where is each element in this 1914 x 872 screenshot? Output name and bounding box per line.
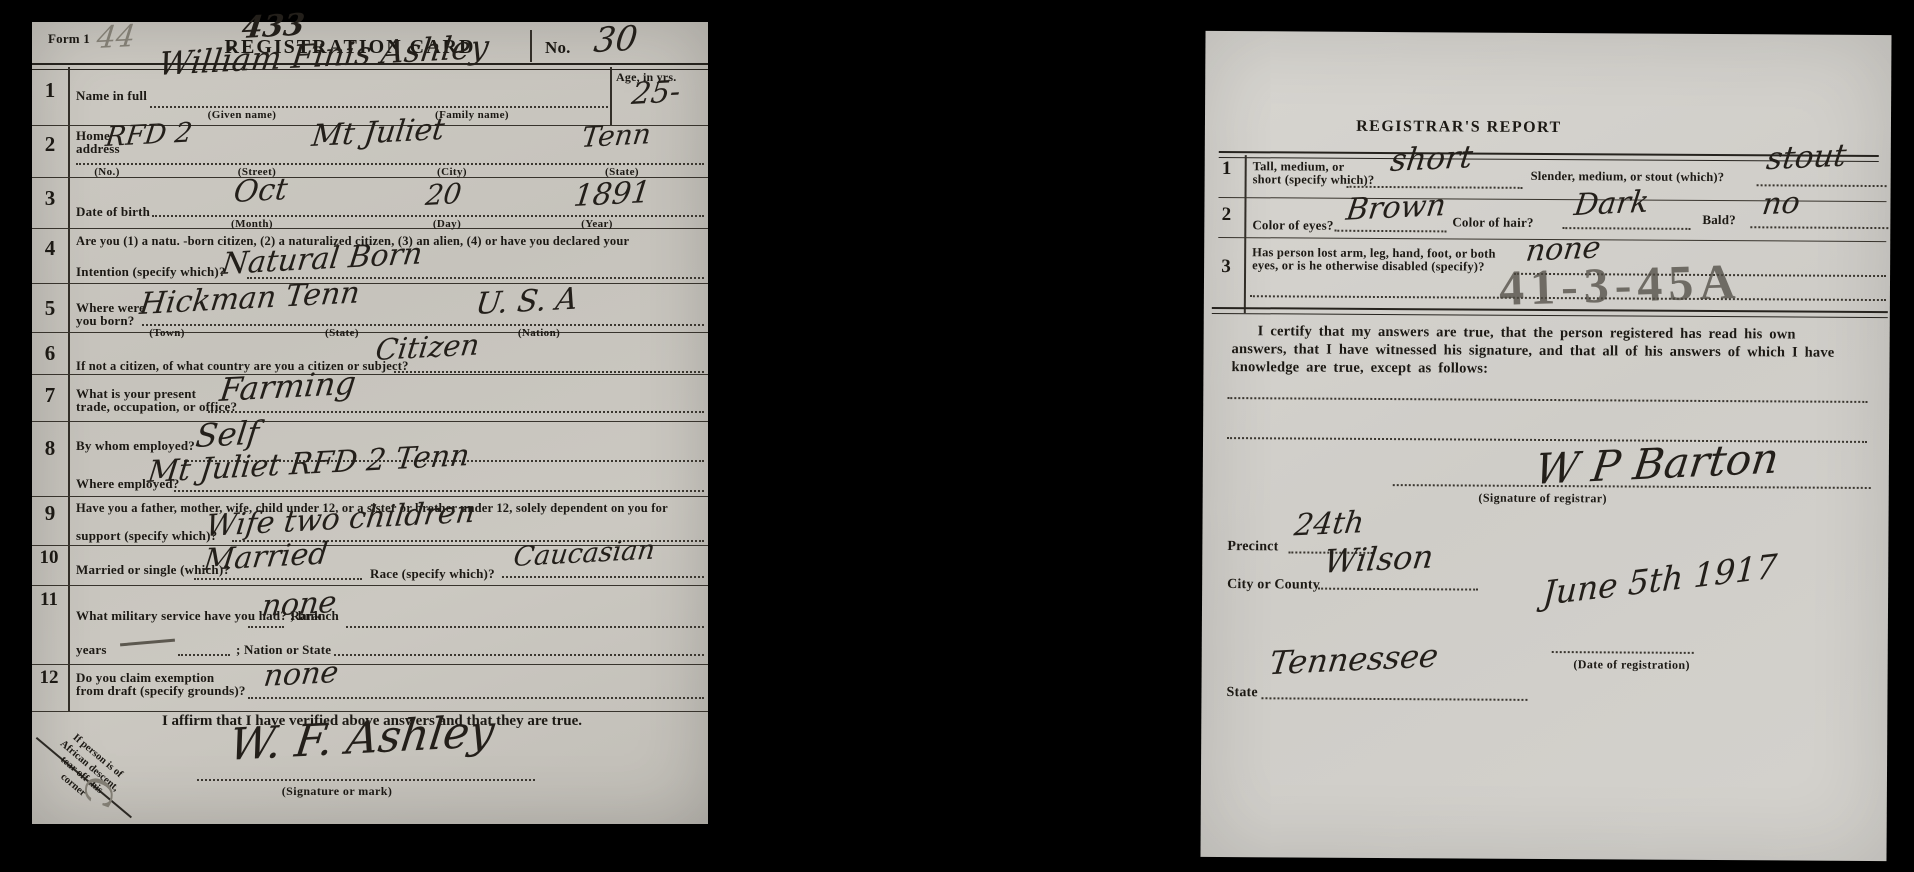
field3-number: 3 <box>34 188 66 209</box>
certify-line3: knowledge are true, except as follows: <box>1231 359 1488 378</box>
employer-label: By whom employed? <box>76 438 195 454</box>
handwritten-build: stout <box>1765 140 1848 175</box>
years-label: years <box>76 642 107 658</box>
field9-number: 9 <box>34 503 66 524</box>
row-divider <box>32 374 708 375</box>
header-divider-line <box>530 30 532 62</box>
report1-number: 1 <box>1213 159 1241 178</box>
handwritten-pencil-number: 44 <box>95 22 137 54</box>
scanned-document-viewer: Form 1 44 433 REGISTRATION CARD No. 30 1… <box>0 0 1914 872</box>
dotted-line <box>174 490 704 492</box>
handwritten-birthplace-town: Hickman Tenn <box>138 278 361 320</box>
dependents-question-line2: support (specify which)? <box>76 528 217 544</box>
handwritten-state: Tennessee <box>1268 639 1441 679</box>
town-sublabel: (Town) <box>132 327 202 339</box>
pencil-dash-mark <box>120 639 175 647</box>
dotted-line <box>248 626 284 628</box>
row-divider <box>32 496 708 497</box>
field11-number: 11 <box>32 590 66 609</box>
handwritten-address-city: Mt Juliet <box>310 115 446 152</box>
dotted-line <box>502 576 704 578</box>
field10-number: 10 <box>32 548 66 567</box>
day-sublabel: (Day) <box>412 218 482 230</box>
handwritten-employer: Self <box>194 416 261 452</box>
city-county-label: City or County <box>1227 577 1320 594</box>
given-name-sublabel: (Given name) <box>182 109 302 121</box>
handwritten-address-no: RFD 2 <box>104 119 194 151</box>
field8-number: 8 <box>34 438 66 459</box>
handwritten-birth-year: 1891 <box>572 178 652 212</box>
handwritten-race: Caucasian <box>512 536 656 571</box>
handwritten-precinct: 24th <box>1292 508 1365 541</box>
dotted-line <box>208 411 704 413</box>
birthplace-label-2: you born? <box>76 313 135 329</box>
precinct-label: Precinct <box>1227 539 1278 556</box>
dotted-line <box>194 578 362 580</box>
report2-number: 2 <box>1212 205 1240 224</box>
race-label: Race (specify which)? <box>370 566 495 582</box>
handwritten-married: Married <box>202 539 329 576</box>
handwritten-full-name: William Finis Ashley <box>157 30 491 80</box>
section-rule <box>1212 307 1888 318</box>
bald-label: Bald? <box>1702 212 1736 228</box>
hair-label: Color of hair? <box>1452 214 1533 230</box>
dotted-line <box>1552 651 1694 654</box>
handwritten-exemption: none <box>262 658 340 692</box>
age-box-divider <box>610 67 612 125</box>
field6-number: 6 <box>34 343 66 364</box>
card-no-label: No. <box>545 38 571 58</box>
dotted-line <box>150 106 608 108</box>
row-divider <box>32 585 708 586</box>
archive-stamp: 41-3-45A <box>1498 256 1742 313</box>
corner-notice: If person is of African descent, tear of… <box>24 714 147 828</box>
handwritten-height: short <box>1389 142 1475 177</box>
row-divider <box>32 421 708 422</box>
dotted-line <box>178 654 230 656</box>
exemption-label-2: from draft (specify grounds)? <box>76 683 246 699</box>
date-of-registration-sublabel: (Date of registration) <box>1532 657 1732 673</box>
registrar-signature: W P Barton <box>1533 437 1782 491</box>
no-sublabel: (No.) <box>77 166 137 178</box>
build-label: Slender, medium, or stout (which)? <box>1531 169 1725 185</box>
date-of-birth-label: Date of birth <box>76 204 150 220</box>
citizenship-question-line2: Intention (specify which)? <box>76 264 226 280</box>
dotted-line <box>1227 397 1867 403</box>
handwritten-citizenship: Natural Born <box>220 239 424 280</box>
dotted-line <box>1334 230 1446 233</box>
nation-sublabel: (Nation) <box>499 327 579 339</box>
field7-number: 7 <box>34 385 66 406</box>
dotted-line <box>76 163 704 165</box>
signature-sublabel: (Signature or mark) <box>197 784 477 799</box>
registrars-report-card: REGISTRAR'S REPORT 1 Tall, medium, or sh… <box>1200 31 1891 861</box>
handwritten-birth-month: Oct <box>232 175 289 208</box>
field5-number: 5 <box>34 298 66 319</box>
handwritten-citizen-answer: Citizen <box>374 330 481 365</box>
dotted-line <box>1318 588 1478 591</box>
handwritten-hair: Dark <box>1572 188 1650 222</box>
report-title: REGISTRAR'S REPORT <box>1319 118 1599 138</box>
eyes-label: Color of eyes? <box>1252 217 1333 233</box>
city-sublabel: (City) <box>412 166 492 178</box>
handwritten-birthplace-nation: U. S. A <box>474 284 579 320</box>
certify-line1: I certify that my answers are true, that… <box>1258 323 1796 343</box>
dotted-line <box>346 626 704 628</box>
name-label: Name in full <box>76 88 147 104</box>
number-column-line <box>1244 155 1247 313</box>
month-sublabel: (Month) <box>212 218 292 230</box>
handwritten-trade: Farming <box>218 367 358 406</box>
state-label: State <box>1226 685 1257 702</box>
handwritten-city-county: Wilson <box>1322 540 1435 577</box>
handwritten-card-no: 30 <box>592 21 639 58</box>
field1-number: 1 <box>34 80 66 101</box>
handwritten-birth-day: 20 <box>424 180 463 210</box>
registrant-signature: W. F. Ashley <box>227 710 497 768</box>
dotted-line <box>152 215 704 217</box>
registrar-signature-sublabel: (Signature of registrar) <box>1403 490 1683 507</box>
dotted-line <box>1261 697 1527 701</box>
handwritten-eyes: Brown <box>1344 191 1447 226</box>
handwritten-age: 25- <box>630 77 682 110</box>
dotted-line <box>1750 226 1888 229</box>
dotted-line <box>1562 227 1690 230</box>
registration-card-front: Form 1 44 433 REGISTRATION CARD No. 30 1… <box>32 22 708 824</box>
report3-number: 3 <box>1212 257 1240 276</box>
disability-label-2: eyes, or is he otherwise disabled (speci… <box>1252 258 1485 274</box>
row-divider <box>32 664 708 665</box>
signature-line <box>197 779 535 781</box>
field2-number: 2 <box>34 134 66 155</box>
dotted-line <box>248 697 704 699</box>
handwritten-address-state: Tenn <box>580 120 653 152</box>
pencil-check-mark: C <box>77 774 119 809</box>
number-column-line <box>68 67 70 711</box>
branch-label: ; branch <box>290 608 339 624</box>
year-sublabel: (Year) <box>557 218 637 230</box>
dotted-line <box>394 371 704 373</box>
state-sublabel: (State) <box>307 327 377 339</box>
field12-number: 12 <box>32 668 66 687</box>
dotted-line <box>142 324 704 326</box>
dotted-line <box>334 654 704 656</box>
row-divider <box>32 283 708 284</box>
form-number-label: Form 1 <box>48 31 90 47</box>
field4-number: 4 <box>34 238 66 259</box>
handwritten-bald: no <box>1760 188 1801 220</box>
handwritten-registration-date: June 5th 1917 <box>1542 549 1778 610</box>
